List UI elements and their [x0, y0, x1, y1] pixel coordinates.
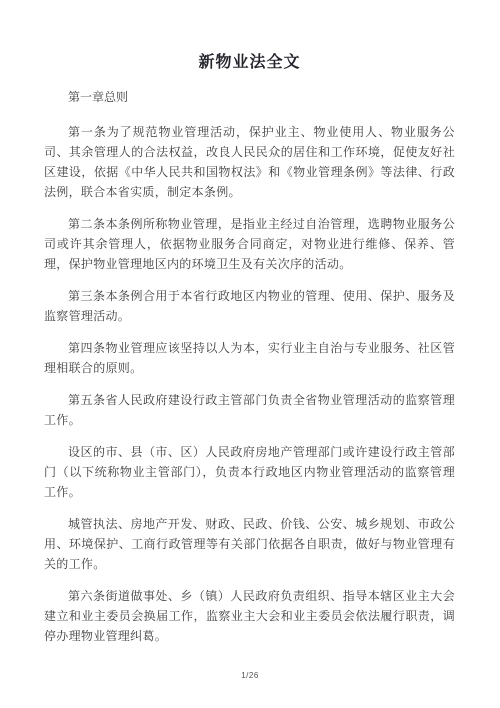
document-content: 新物业法全文 第一章总则 第一条为了规范物业管理活动，保护业主、物业使用人、物业… [44, 52, 455, 658]
document-page: 新物业法全文 第一章总则 第一条为了规范物业管理活动，保护业主、物业使用人、物业… [0, 0, 500, 708]
paragraph-list: 第一条为了规范物业管理活动，保护业主、物业使用人、物业服务公司、其余管理人的合法… [44, 122, 455, 646]
body-paragraph: 第一条为了规范物业管理活动，保护业主、物业使用人、物业服务公司、其余管理人的合法… [44, 122, 455, 202]
chapter-heading: 第一章总则 [44, 87, 455, 107]
body-paragraph: 第四条物业管理应该坚持以人为本，实行业主自治与专业服务、社区管理相联合的原则。 [44, 338, 455, 378]
body-paragraph: 第二条本条例所称物业管理，是指业主经过自治管理，选聘物业服务公司或许其余管理人，… [44, 214, 455, 274]
body-paragraph: 城管执法、房地产开发、财政、民政、价钱、公安、城乡规划、市政公用、环境保护、工商… [44, 514, 455, 574]
page-number: 1/26 [0, 671, 500, 680]
body-paragraph: 第六条街道做事处、乡（镇）人民政府负责组织、指导本辖区业主大会建立和业主委员会换… [44, 586, 455, 646]
body-paragraph: 设区的市、县（市、区）人民政府房地产管理部门或许建设行政主管部门（以下统称物业主… [44, 442, 455, 502]
body-paragraph: 第三条本条例合用于本省行政地区内物业的管理、使用、保护、服务及监察管理活动。 [44, 286, 455, 326]
document-title: 新物业法全文 [44, 52, 455, 74]
body-paragraph: 第五条省人民政府建设行政主管部门负责全省物业管理活动的监察管理工作。 [44, 390, 455, 430]
